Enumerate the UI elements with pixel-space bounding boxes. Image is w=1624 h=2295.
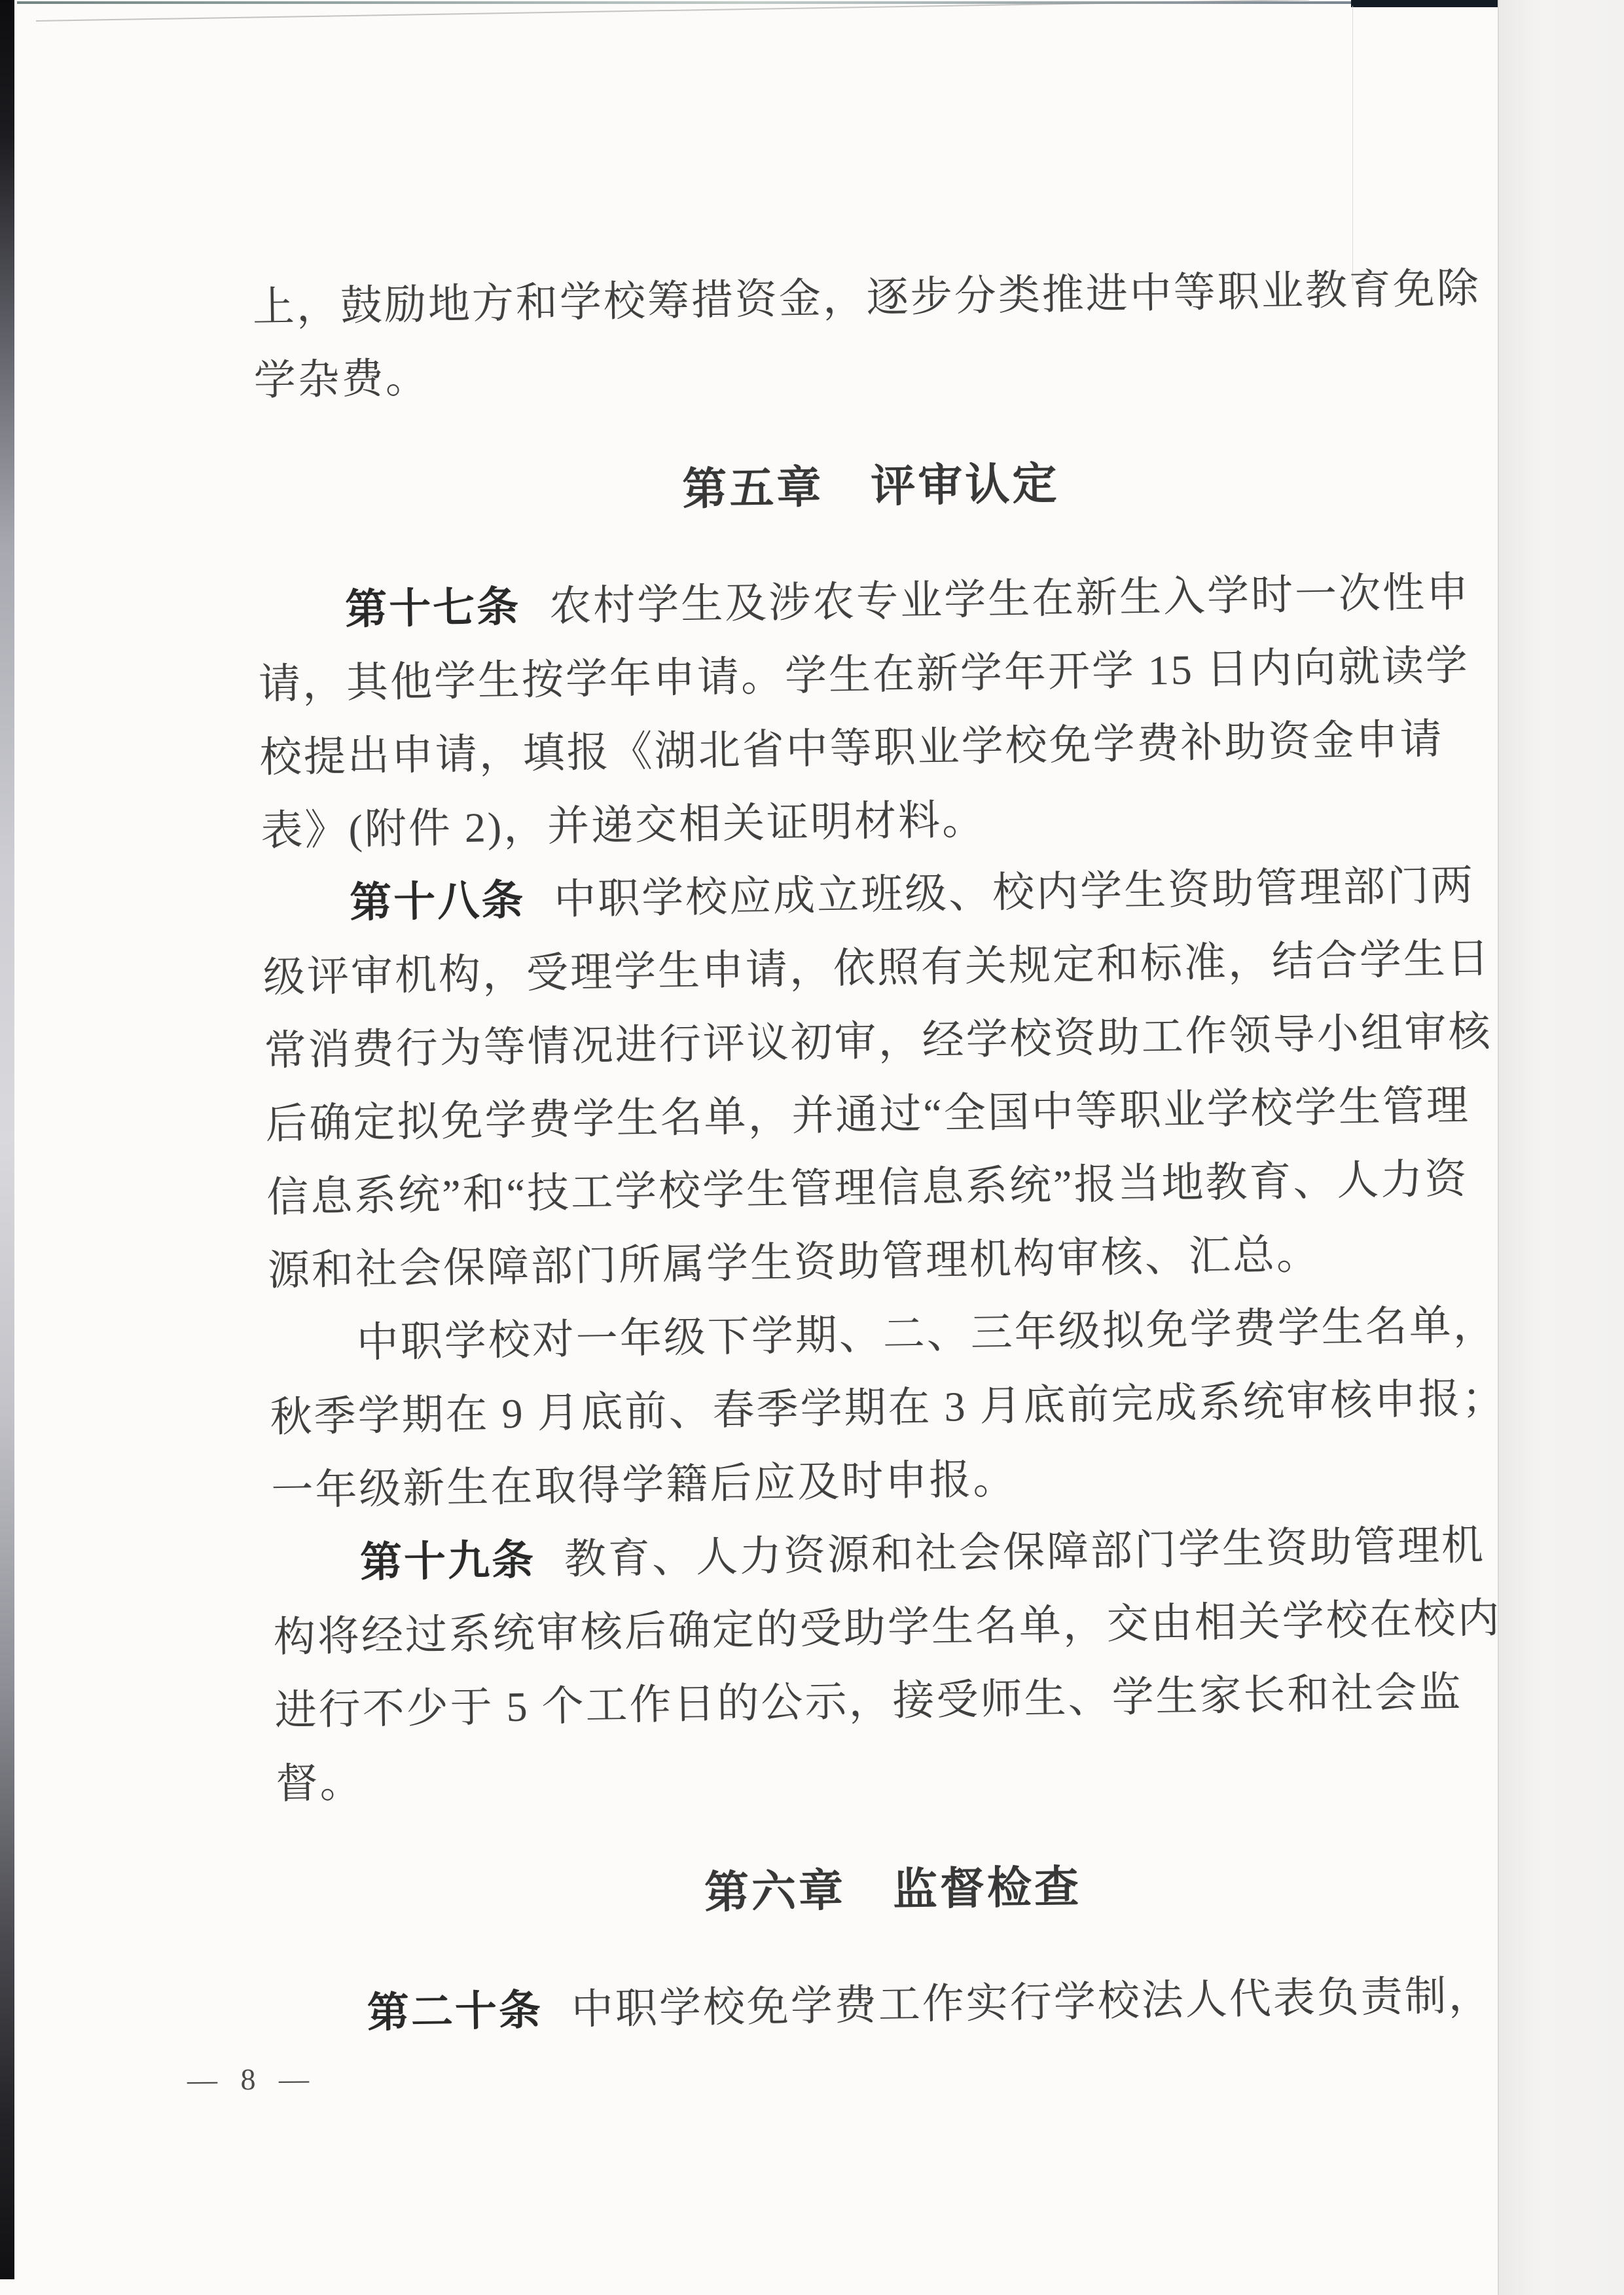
text-line: 第二十条中职学校免学费工作实行学校法人代表负责制， xyxy=(279,1955,1511,2048)
article-number: 第十七条 xyxy=(344,573,520,636)
page-number: — 8 — xyxy=(187,2061,317,2097)
line-text: 农村学生及涉农专业学生在新生入学时一次性申 xyxy=(549,558,1470,633)
line-text: 中职学校对一年级下学期、二、三年级拟免学费学生名单， xyxy=(356,1291,1497,1369)
scanned-page: 上，鼓励地方和学校筹措资金，逐步分类推进中等职业教育免除学杂费。第五章 评审认定… xyxy=(0,0,1624,2295)
article-number: 第十九条 xyxy=(359,1526,535,1589)
heading-text: 第五章 评审认定 xyxy=(682,448,1060,517)
left-scan-edge-shadow xyxy=(0,0,14,2279)
line-text: 一年级新生在取得学籍后应及时申报。 xyxy=(271,1445,1017,1517)
line-text: 上，鼓励地方和学校筹措资金，逐步分类推进中等职业教育免除 xyxy=(252,255,1481,334)
chapter-heading: 第五章 评审认定 xyxy=(255,436,1487,529)
line-text: 表》(附件 2)，并递交相关证明材料。 xyxy=(261,786,986,858)
line-text: 教育、人力资源和社会保障部门学生资助管理机 xyxy=(564,1511,1485,1586)
line-text: 秋季学期在 9 月底前、春季学期在 3 月底前完成系统审核申报； xyxy=(270,1364,1506,1444)
line-text: 进行不少于 5 个工作日的公示，接受师生、学生家长和社会监 xyxy=(274,1658,1463,1737)
line-text: 学杂费。 xyxy=(253,344,429,407)
line-text: 后确定拟免学费学生名单，并通过“全国中等职业学校学生管理 xyxy=(265,1072,1471,1151)
line-text: 级评审机构，受理学生申请，依照有关规定和标准，结合学生日 xyxy=(262,924,1491,1003)
line-text: 督。 xyxy=(276,1749,364,1811)
line-text: 中职学校免学费工作实行学校法人代表负责制， xyxy=(571,1962,1492,2036)
article-number: 第二十条 xyxy=(367,1976,543,2039)
chapter-heading: 第六章 监督检查 xyxy=(277,1839,1509,1932)
text-column: 上，鼓励地方和学校筹措资金，逐步分类推进中等职业教育免除学杂费。第五章 评审认定… xyxy=(252,247,1510,2047)
line-text: 常消费行为等情况进行评议初审，经学校资助工作领导小组审核 xyxy=(264,998,1492,1077)
line-text: 校提出申请，填报《湖北省中等职业学校免学费补助资金申请 xyxy=(259,705,1444,784)
right-margin-shade xyxy=(1499,0,1624,2295)
paper-crease-line xyxy=(1352,6,1353,287)
line-text: 构将经过系统审核后确定的受助学生名单，交由相关学校在校内 xyxy=(273,1584,1502,1663)
line-text: 中职学校应成立班级、校内学生资助管理部门两 xyxy=(553,852,1475,926)
article-number: 第十八条 xyxy=(349,867,525,930)
heading-text: 第六章 监督检查 xyxy=(704,1851,1081,1921)
line-text: 请，其他学生按学年申请。学生在新学年开学 15 日内向就读学 xyxy=(258,632,1470,711)
line-text: 源和社会保障部门所属学生资助管理机构审核、汇总。 xyxy=(267,1221,1320,1297)
line-text: 信息系统”和“技工学校学生管理信息系统”报当地教育、人力资 xyxy=(266,1145,1469,1224)
